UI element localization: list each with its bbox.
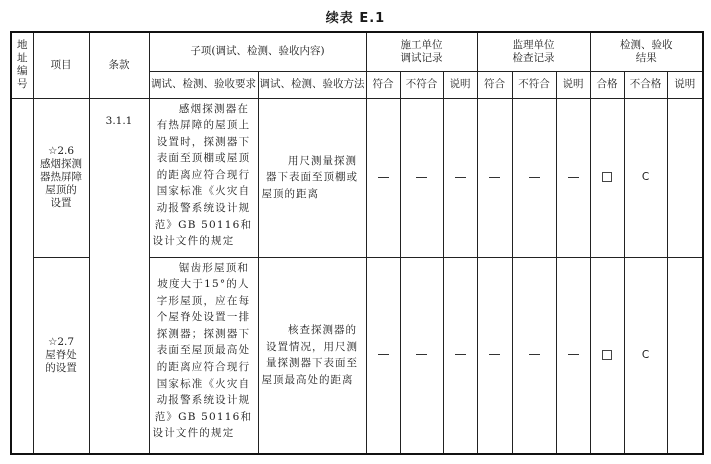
- construction-note-cell: [443, 257, 477, 454]
- unqualified-cell: C: [624, 257, 667, 454]
- header-row-1: 地址编号 项目 条款 子项(调试、检测、验收内容) 施工单位调试记录 监理单位检…: [11, 32, 703, 71]
- clause-cell: 3.1.1: [89, 98, 149, 454]
- requirement-cell: 感烟探测器在有热屏障的屋顶上设置时，探测器下表面至顶棚或屋顶的距离应符合现行国家…: [149, 98, 258, 257]
- header-result-note: 说明: [667, 71, 703, 98]
- qualified-cell[interactable]: [590, 257, 624, 454]
- header-item: 项目: [33, 32, 89, 98]
- header-method: 调试、检测、验收方法: [258, 71, 366, 98]
- supervision-nonconform-cell: [512, 98, 556, 257]
- header-qualified: 合格: [590, 71, 624, 98]
- construction-note-cell: [443, 98, 477, 257]
- checkbox-icon[interactable]: [602, 350, 612, 360]
- header-construction-note: 说明: [443, 71, 477, 98]
- item-cell: ☆2.7屋脊处的设置: [33, 257, 89, 454]
- unqualified-cell: C: [624, 98, 667, 257]
- table-row: ☆2.6感烟探测器热屏障屋顶的设置 3.1.1 感烟探测器在有热屏障的屋顶上设置…: [11, 98, 703, 257]
- construction-conform-cell: [366, 98, 400, 257]
- checkbox-icon[interactable]: [602, 172, 612, 182]
- header-construction-unit: 施工单位调试记录: [366, 32, 477, 71]
- qualified-cell[interactable]: [590, 98, 624, 257]
- header-supervision-nonconform: 不符合: [512, 71, 556, 98]
- header-requirement: 调试、检测、验收要求: [149, 71, 258, 98]
- supervision-note-cell: [556, 257, 590, 454]
- header-construction-nonconform: 不符合: [400, 71, 443, 98]
- dash-mark: [455, 177, 466, 178]
- header-address-no: 地址编号: [11, 32, 33, 98]
- dash-mark: [378, 354, 389, 355]
- header-sub-item: 子项(调试、检测、验收内容): [149, 32, 366, 71]
- header-supervision-conform: 符合: [477, 71, 512, 98]
- dash-mark: [416, 177, 427, 178]
- header-construction-conform: 符合: [366, 71, 400, 98]
- construction-nonconform-cell: [400, 257, 443, 454]
- header-supervision-unit: 监理单位检查记录: [477, 32, 590, 71]
- method-cell: 用尺测量探测器下表面至顶棚或屋顶的距离: [258, 98, 366, 257]
- dash-mark: [568, 354, 579, 355]
- header-result-group: 检测、验收结果: [590, 32, 703, 71]
- dash-mark: [489, 354, 500, 355]
- header-unqualified: 不合格: [624, 71, 667, 98]
- dash-mark: [455, 354, 466, 355]
- dash-mark: [568, 177, 579, 178]
- table-title: 续表 E.1: [0, 7, 711, 26]
- header-clause: 条款: [89, 32, 149, 98]
- header-supervision-note: 说明: [556, 71, 590, 98]
- dash-mark: [489, 177, 500, 178]
- address-no-cell: [11, 98, 33, 454]
- inspection-table: 地址编号 项目 条款 子项(调试、检测、验收内容) 施工单位调试记录 监理单位检…: [10, 31, 704, 455]
- construction-nonconform-cell: [400, 98, 443, 257]
- result-note-cell: [667, 98, 703, 257]
- result-note-cell: [667, 257, 703, 454]
- dash-mark: [416, 354, 427, 355]
- dash-mark: [529, 354, 540, 355]
- supervision-nonconform-cell: [512, 257, 556, 454]
- method-cell: 核查探测器的设置情况，用尺测量探测器下表面至屋顶最高处的距离: [258, 257, 366, 454]
- requirement-cell: 锯齿形屋顶和坡度大于15°的人字形屋顶，应在每个屋脊处设置一排探测器；探测器下表…: [149, 257, 258, 454]
- construction-conform-cell: [366, 257, 400, 454]
- dash-mark: [529, 177, 540, 178]
- item-cell: ☆2.6感烟探测器热屏障屋顶的设置: [33, 98, 89, 257]
- supervision-conform-cell: [477, 257, 512, 454]
- supervision-note-cell: [556, 98, 590, 257]
- supervision-conform-cell: [477, 98, 512, 257]
- dash-mark: [378, 177, 389, 178]
